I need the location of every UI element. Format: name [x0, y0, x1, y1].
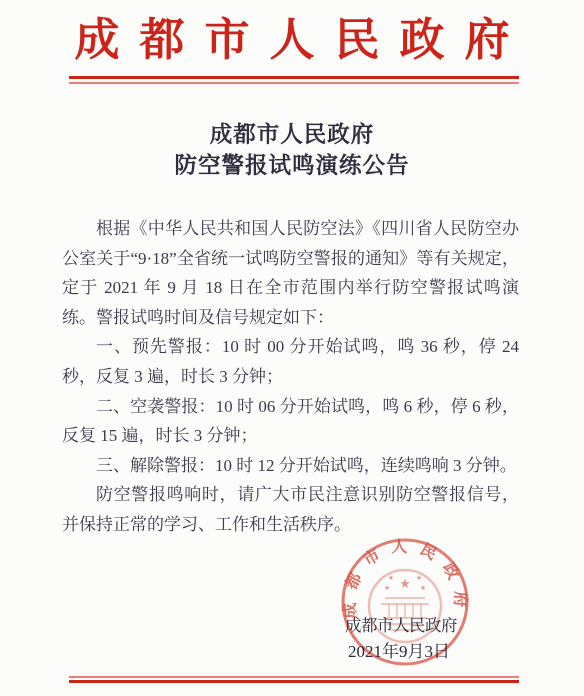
official-seal: 成都市人民政府 ★ ★ ★ ★ ★ [335, 532, 475, 672]
header-rule-thick [69, 76, 519, 79]
document-title-line2: 防空警报试鸣演练公告 [0, 150, 584, 181]
body-paragraph-item-3: 三、解除警报：10 时 12 分开始试鸣，连续鸣响 3 分钟。 [62, 451, 519, 481]
seal-small-star-icon: ★ [416, 574, 422, 582]
seal-small-star-icon: ★ [420, 584, 426, 592]
document-title: 成都市人民政府 防空警报试鸣演练公告 [0, 119, 584, 181]
footer-rule-thin [69, 676, 519, 678]
body-paragraph-intro: 根据《中华人民共和国人民防空法》《四川省人民防空办公室关于“9·18”全省统一试… [62, 214, 519, 332]
document-page: 成都市人民政府 成都市人民政府 防空警报试鸣演练公告 根据《中华人民共和国人民防… [0, 0, 584, 696]
body-paragraph-item-1: 一、预先警报：10 时 00 分开始试鸣，鸣 36 秒，停 24 秒，反复 3 … [62, 332, 519, 391]
seal-small-star-icon: ★ [384, 584, 390, 592]
seal-gate-icon [381, 598, 429, 630]
letterhead-org-name: 成都市人民政府 [0, 14, 584, 66]
national-emblem-icon: ★ ★ ★ ★ ★ [369, 570, 441, 642]
document-title-line1: 成都市人民政府 [0, 119, 584, 150]
seal-ring [343, 540, 467, 664]
seal-big-star-icon: ★ [399, 576, 411, 591]
footer-rule-thick [69, 680, 519, 683]
document-body: 根据《中华人民共和国人民防空法》《四川省人民防空办公室关于“9·18”全省统一试… [62, 214, 519, 540]
header-rule-thin [69, 82, 519, 84]
body-paragraph-notice: 防空警报鸣响时，请广大市民注意识别防空警报信号，并保持正常的学习、工作和生活秩序… [62, 480, 519, 539]
body-paragraph-item-2: 二、空袭警报：10 时 06 分开始试鸣，鸣 6 秒，停 6 秒，反复 15 遍… [62, 392, 519, 451]
seal-small-star-icon: ★ [388, 574, 394, 582]
